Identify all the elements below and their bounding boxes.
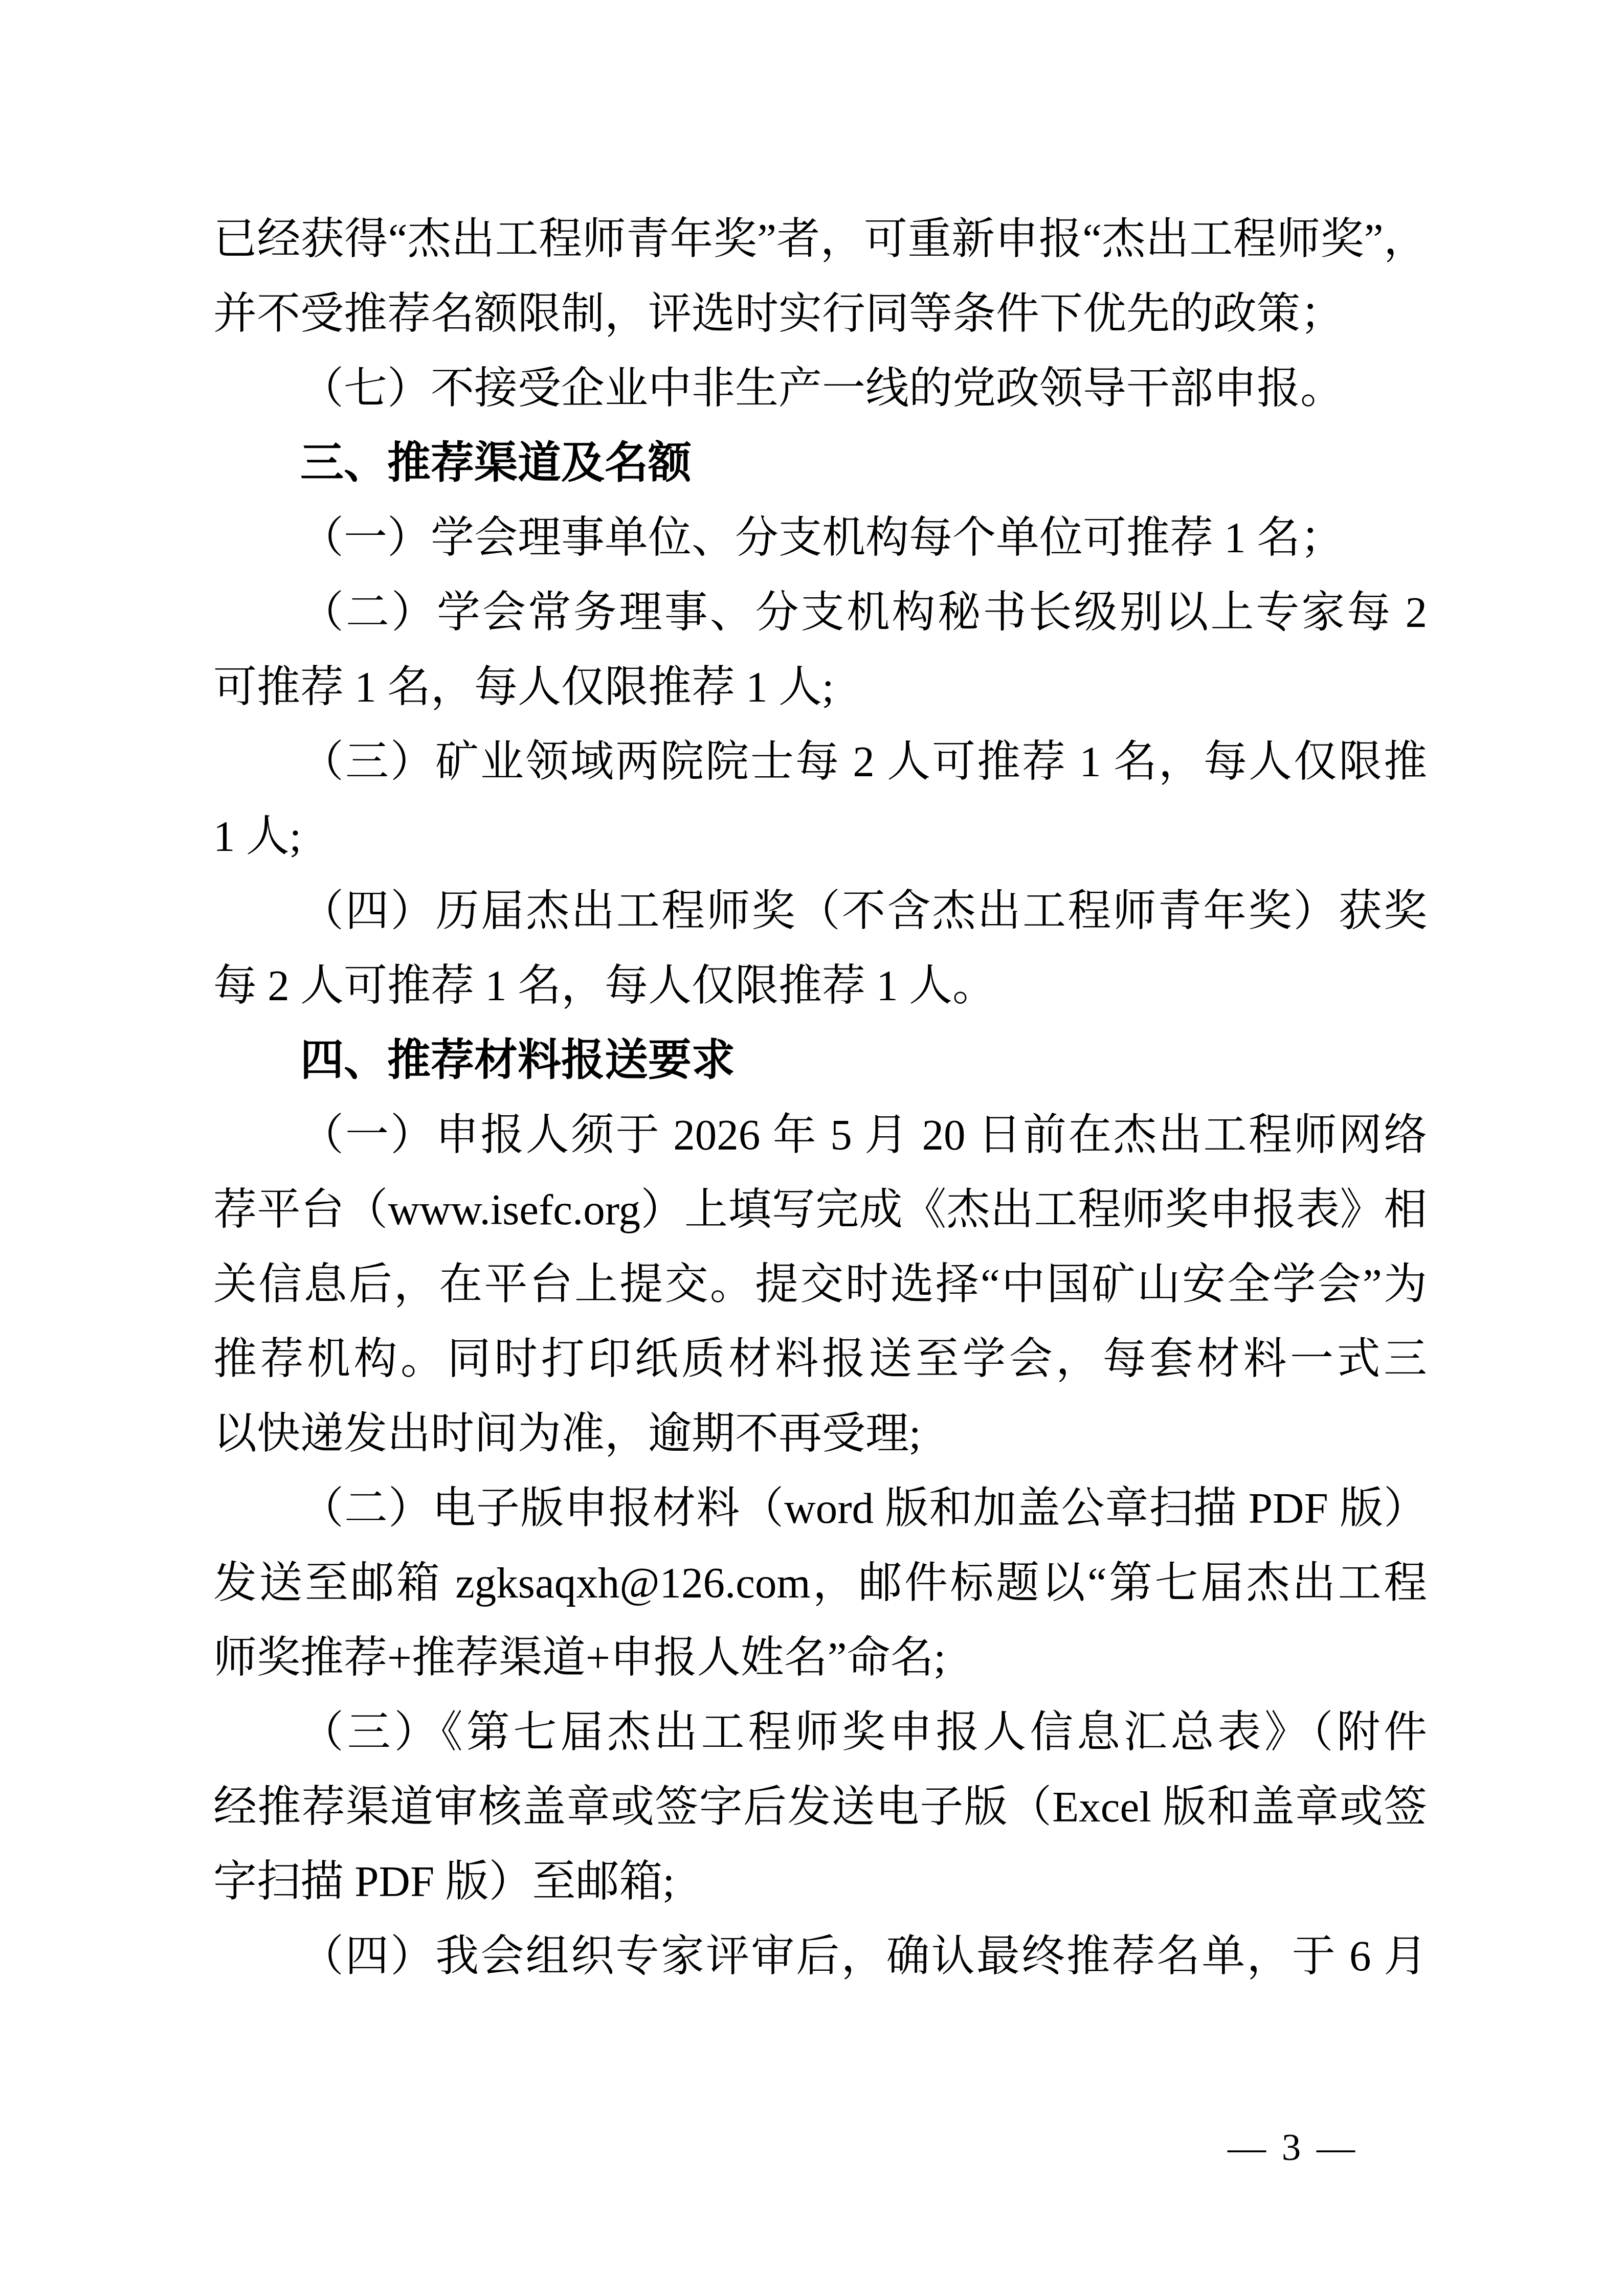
section-heading: 四、推荐材料报送要求 xyxy=(213,1023,1427,1098)
document-line: （三）《第七届杰出工程师奖申报人信息汇总表》（附件 1）， xyxy=(213,1695,1427,1770)
document-line: 每 2 人可推荐 1 名，每人仅限推荐 1 人。 xyxy=(213,949,1427,1023)
document-line: 1 人; xyxy=(213,799,1427,874)
document-line: 荐平台（www.isefc.org）上填写完成《杰出工程师奖申报表》相 xyxy=(213,1173,1427,1247)
document-line: （七）不接受企业中非生产一线的党政领导干部申报。 xyxy=(213,351,1427,426)
document-line: 推荐机构。同时打印纸质材料报送至学会，每套材料一式三份。 xyxy=(213,1322,1427,1397)
document-line: （一）学会理事单位、分支机构每个单位可推荐 1 名； xyxy=(213,501,1427,575)
document-line: 发送至邮箱 zgksaqxh@126.com，邮件标题以“第七届杰出工程 xyxy=(213,1546,1427,1620)
document-line: 已经获得“杰出工程师青年奖”者，可重新申报“杰出工程师奖”， xyxy=(213,202,1427,277)
document-line: （一）申报人须于 2026 年 5 月 20 日前在杰出工程师网络推 xyxy=(213,1098,1427,1173)
document-line: 经推荐渠道审核盖章或签字后发送电子版（Excel 版和盖章或签 xyxy=(213,1770,1427,1844)
document-line: 可推荐 1 名，每人仅限推荐 1 人; xyxy=(213,650,1427,725)
document-body: 已经获得“杰出工程师青年奖”者，可重新申报“杰出工程师奖”，并不受推荐名额限制，… xyxy=(213,202,1427,1994)
document-line: 字扫描 PDF 版）至邮箱; xyxy=(213,1844,1427,1919)
document-line: 以快递发出时间为准，逾期不再受理; xyxy=(213,1397,1427,1471)
document-line: （二）电子版申报材料（word 版和加盖公章扫描 PDF 版） xyxy=(213,1471,1427,1546)
document-line: （四）我会组织专家评审后，确认最终推荐名单，于 6 月 10 xyxy=(213,1919,1427,1994)
page-number: — 3 — xyxy=(1228,2127,1358,2168)
document-line: 师奖推荐+推荐渠道+申报人姓名”命名; xyxy=(213,1620,1427,1695)
document-page: 已经获得“杰出工程师青年奖”者，可重新申报“杰出工程师奖”，并不受推荐名额限制，… xyxy=(0,0,1624,2296)
document-line: （三）矿业领域两院院士每 2 人可推荐 1 名，每人仅限推荐 xyxy=(213,725,1427,799)
section-heading: 三、推荐渠道及名额 xyxy=(213,426,1427,501)
document-line: 关信息后，在平台上提交。提交时选择“中国矿山安全学会”为 xyxy=(213,1247,1427,1322)
document-line: 并不受推荐名额限制，评选时实行同等条件下优先的政策； xyxy=(213,277,1427,351)
document-line: （二）学会常务理事、分支机构秘书长级别以上专家每 2 人 xyxy=(213,575,1427,650)
document-line: （四）历届杰出工程师奖（不含杰出工程师青年奖）获奖者 xyxy=(213,874,1427,949)
